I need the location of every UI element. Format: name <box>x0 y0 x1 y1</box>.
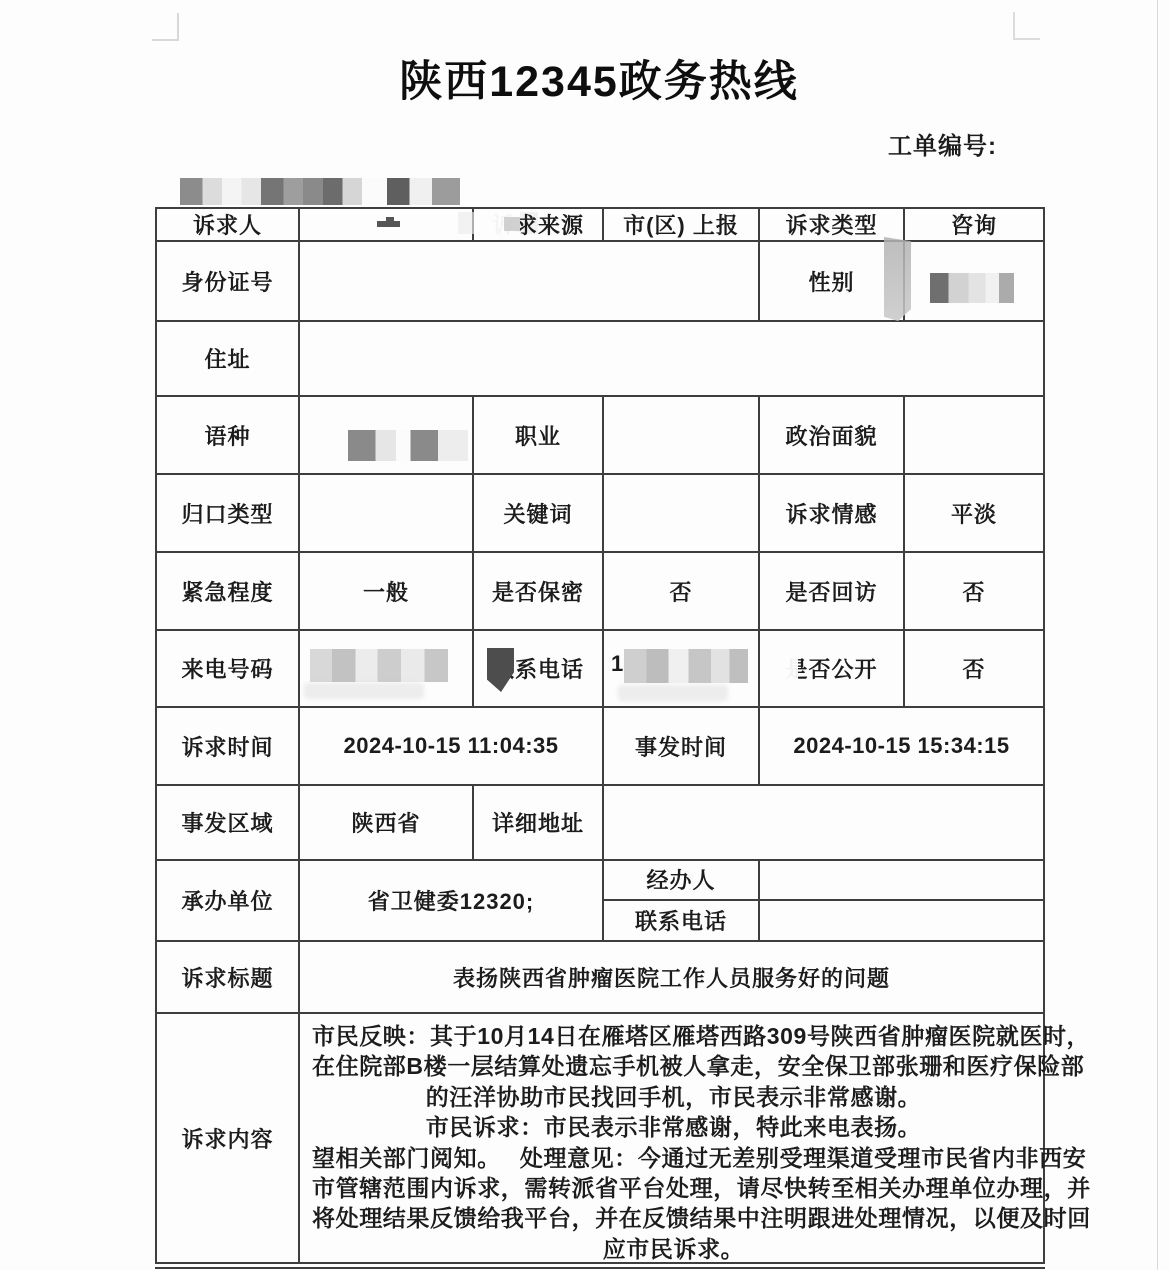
cell-value-event-region: 陕西省 <box>300 786 474 861</box>
cell-label-handling-unit: 承办单位 <box>157 861 300 942</box>
cell-label-event-region: 事发区域 <box>157 786 300 861</box>
content-line: 的汪洋协助市民找回手机，市民表示非常感谢。 <box>312 1082 1035 1112</box>
cell-label-urgency: 紧急程度 <box>157 553 300 631</box>
redaction-ghost <box>618 685 728 701</box>
cell-value-political-status-empty <box>905 397 1045 475</box>
cell-label-contact-phone: 联系电话 <box>474 631 604 708</box>
content-line: 应市民诉求。 <box>312 1234 1035 1264</box>
cell-value-request-type: 咨询 <box>905 209 1045 242</box>
cell-value-keyword-empty <box>604 475 760 553</box>
content-line: 将处理结果反馈给我平台，并在反馈结果中注明跟进处理情况，以便及时回 <box>312 1203 1035 1233</box>
cell-value-gender-redacted <box>905 242 1045 322</box>
work-order-number-label: 工单编号: <box>888 126 1148 161</box>
cell-label-request-time: 诉求时间 <box>157 708 300 786</box>
photo-shadow-artifact <box>884 237 911 321</box>
redaction-remnant <box>504 217 520 231</box>
cell-value-event-time: 2024-10-15 15:34:15 <box>760 708 1045 786</box>
cell-label-request-content: 诉求内容 <box>157 1014 300 1264</box>
cell-value-contact-phone-redacted: 1 <box>604 631 760 708</box>
content-line: 市管辖范围内诉求，需转派省平台处理，请尽快转至相关办理单位办理，并 <box>312 1173 1035 1203</box>
content-line: 市民诉求：市民表示非常感谢，特此来电表扬。 <box>312 1112 1035 1142</box>
cell-label-keyword: 关键词 <box>474 475 604 553</box>
redaction-white-cover <box>780 647 798 691</box>
cell-value-request-content: 市民反映：其于10月14日在雁塔区雁塔西路309号陕西省肿瘤医院就医时， 在住院… <box>300 1014 1045 1264</box>
page-corner-mark-top-left <box>152 13 179 41</box>
cell-value-caller-number-redacted <box>300 631 474 708</box>
cell-label-occupation: 职业 <box>474 397 604 475</box>
cell-label-request-title: 诉求标题 <box>157 942 300 1014</box>
cell-label-political-status: 政治面貌 <box>760 397 905 475</box>
cell-value-revisit: 否 <box>905 553 1045 631</box>
table-next-row-sliver <box>155 1267 1045 1269</box>
page-edge-line <box>1157 0 1158 1270</box>
redaction-wedge <box>487 648 514 692</box>
redaction-ghost <box>304 683 424 699</box>
cell-label-handler-phone: 联系电话 <box>604 901 760 941</box>
redaction-block-gender <box>930 273 1014 303</box>
cell-label-detail-address: 详细地址 <box>474 786 604 861</box>
cell-value-request-title: 表扬陕西省肿瘤医院工作人员服务好的问题 <box>300 942 1045 1014</box>
cell-value-category-empty <box>300 475 474 553</box>
content-line: 望相关部门阅知。 处理意见：今通过无差别受理渠道受理市民省内非西安 <box>312 1143 1035 1173</box>
cell-label-event-time: 事发时间 <box>604 708 760 786</box>
content-line: 市民反映：其于10月14日在雁塔区雁塔西路309号陕西省肿瘤医院就医时， <box>312 1021 1035 1051</box>
cell-label-handler: 经办人 <box>604 861 760 901</box>
cell-value-request-source: 市(区) 上报 <box>604 209 760 242</box>
cell-value-request-time: 2024-10-15 11:04:35 <box>300 708 604 786</box>
cell-label-category-type: 归口类型 <box>157 475 300 553</box>
cell-label-id-number: 身份证号 <box>157 242 300 322</box>
cell-value-handler-empty <box>760 861 1043 901</box>
cell-value-occupation-empty <box>604 397 760 475</box>
cell-value-handler-phone-empty <box>760 901 1043 941</box>
cell-value-id-number-empty <box>300 242 760 322</box>
redaction-block-name-header <box>180 178 460 205</box>
cell-label-request-type: 诉求类型 <box>760 209 905 242</box>
redaction-block-language <box>348 430 468 461</box>
redaction-block-contact-phone <box>624 649 748 683</box>
page-corner-mark-top-right <box>1013 12 1040 40</box>
cell-label-is-public: 是否公开 <box>760 631 905 708</box>
work-order-table: 诉求人 诉求来源 市(区) 上报 诉求类型 咨询 身份证号 性别 住址 语种 职… <box>155 207 1045 1264</box>
redaction-block-caller-number <box>310 649 448 682</box>
document-title: 陕西12345政务热线 <box>155 48 1043 109</box>
cell-label-gender: 性别 <box>760 242 905 322</box>
cell-label-address: 住址 <box>157 322 300 397</box>
cell-value-request-emotion: 平淡 <box>905 475 1045 553</box>
cell-label-language: 语种 <box>157 397 300 475</box>
cell-label-confidential: 是否保密 <box>474 553 604 631</box>
cell-value-address-empty <box>300 322 1045 397</box>
cell-value-urgency: 一般 <box>300 553 474 631</box>
cell-label-request-emotion: 诉求情感 <box>760 475 905 553</box>
cell-handler-subgrid: 经办人 联系电话 <box>604 861 1045 942</box>
cell-label-complainant: 诉求人 <box>157 209 300 242</box>
cell-label-caller-number: 来电号码 <box>157 631 300 708</box>
cell-label-revisit: 是否回访 <box>760 553 905 631</box>
cell-value-is-public: 否 <box>905 631 1045 708</box>
cell-value-detail-address-empty <box>604 786 1045 861</box>
cell-value-confidential: 否 <box>604 553 760 631</box>
content-line: 在住院部B楼一层结算处遗忘手机被人拿走，安全保卫部张珊和医疗保险部 <box>312 1051 1035 1081</box>
cell-label-request-source: 诉求来源 <box>474 209 604 242</box>
cell-value-complainant-redacted <box>300 209 474 242</box>
cell-value-language-redacted <box>300 397 474 475</box>
redaction-remnant <box>377 221 400 227</box>
cell-value-handling-unit: 省卫健委12320; <box>300 861 604 942</box>
